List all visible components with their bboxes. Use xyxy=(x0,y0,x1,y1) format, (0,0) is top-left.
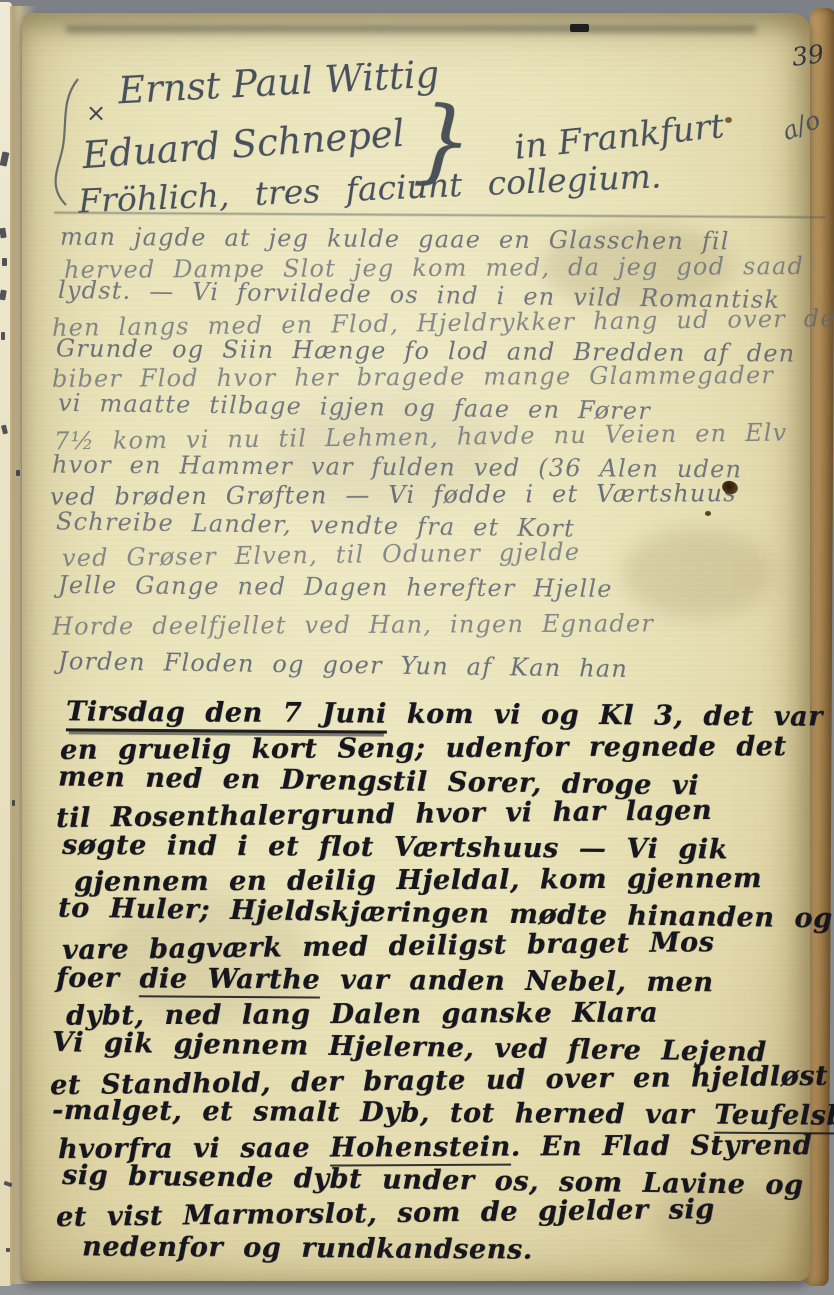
page-number: 39 xyxy=(790,39,825,72)
line-segment: til Rosenthalergrund hvor vi har lagen xyxy=(56,795,712,834)
underlined-phrase: Hohenstein xyxy=(330,1132,511,1167)
manuscript-line: 7½ kom vi nu til Lehmen, havde nu Veien … xyxy=(54,419,788,456)
manuscript-line: hvor en Hammer var fulden ved (36 Alen u… xyxy=(52,451,742,484)
top-edge-smudge xyxy=(66,26,756,36)
manuscript-line: to Huler; Hjeldskjæringen mødte hinanden… xyxy=(58,893,833,935)
stain xyxy=(622,528,772,618)
line-segment: nedenfor og rundkandsens. xyxy=(82,1231,533,1265)
margin-star-mark: × xyxy=(86,99,106,127)
manuscript-line: søgte ind i et flot Værtshuus — Vi gik xyxy=(62,830,728,866)
line-segment: foer xyxy=(56,963,140,995)
line-segment: kom vi og Kl 3, det var xyxy=(387,699,823,733)
manuscript-line: til Rosenthalergrund hvor vi har lagen xyxy=(56,795,712,834)
manuscript-line: et vist Marmorslot, som de gjelder sig xyxy=(56,1194,715,1233)
line-segment: vare bagværk med deiligst braget Mos xyxy=(62,927,715,966)
manuscript-line: Jorden Floden og goer Yun af Kan han xyxy=(58,647,628,683)
manuscript-line: Jelle Gange ned Dagen herefter Hjelle xyxy=(58,571,613,603)
margin-mark xyxy=(6,1248,10,1252)
manuscript-line: hvorfra vi saae Hohenstein. En Flad Styr… xyxy=(58,1130,812,1165)
line-segment: et vist Marmorslot, som de gjelder sig xyxy=(56,1194,715,1233)
manuscript-line: vare bagværk med deiligst braget Mos xyxy=(62,927,715,966)
manuscript-line: gjennem en deilig Hjeldal, kom gjennem xyxy=(74,863,762,898)
margin-mark xyxy=(1,332,5,340)
manuscript-line: dybt, ned lang Dalen ganske Klara xyxy=(66,997,658,1031)
manuscript-line: vi maatte tilbage igjen og faae en Fører xyxy=(58,389,651,425)
line-segment: -malget, et smalt Dyb, tot herned var xyxy=(52,1095,714,1131)
manuscript-line: -malget, et smalt Dyb, tot herned var Te… xyxy=(52,1095,834,1132)
manuscript-line: nedenfor og rundkandsens. xyxy=(82,1231,533,1265)
diary-page-scan: 39 × Ernst Paul Wittig Eduard Schnepel }… xyxy=(0,0,834,1295)
manuscript-line: Tirsdag den 7 Juni kom vi og Kl 3, det v… xyxy=(66,696,823,732)
underlined-phrase: die Warthe xyxy=(139,963,320,998)
ink-speck xyxy=(705,511,711,516)
margin-mark xyxy=(12,800,15,806)
header-name-1: Ernst Paul Wittig xyxy=(117,53,440,113)
manuscript-line: man jagde at jeg kulde gaae en Glasschen… xyxy=(60,223,730,256)
line-segment: to Huler; Hjeldskjæringen mødte hinanden… xyxy=(58,893,833,935)
manuscript-line: Horde deelfjellet ved Han, ingen Egnader xyxy=(52,609,654,640)
margin-mark xyxy=(16,470,20,476)
line-segment: en gruelig kort Seng; udenfor regnede de… xyxy=(60,731,787,766)
manuscript-line: en gruelig kort Seng; udenfor regnede de… xyxy=(60,731,787,766)
manuscript-line: biber Flod hvor her bragede mange Glamme… xyxy=(52,361,774,393)
line-segment: . En Flad Styrend xyxy=(511,1130,813,1163)
ink-notch xyxy=(570,24,589,32)
manuscript-page: 39 × Ernst Paul Wittig Eduard Schnepel }… xyxy=(22,13,810,1281)
manuscript-line: ved brøden Grøften — Vi fødde i et Værts… xyxy=(50,479,737,511)
margin-mark xyxy=(2,258,7,266)
manuscript-line: foer die Warthe var anden Nebel, men xyxy=(56,963,714,999)
manuscript-line: Schreibe Lander, vendte fra et Kort xyxy=(56,507,575,542)
manuscript-line: ved Grøser Elven, til Oduner gjelde xyxy=(62,538,581,572)
ink-speck xyxy=(725,117,732,123)
date-heading: Tirsdag den 7 Juni xyxy=(66,696,387,733)
line-segment: gjennem en deilig Hjeldal, kom gjennem xyxy=(74,863,762,898)
header-name-2: Eduard Schnepel xyxy=(81,112,406,177)
line-segment: søgte ind i et flot Værtshuus — Vi gik xyxy=(62,830,728,866)
line-segment: dybt, ned lang Dalen ganske Klara xyxy=(66,997,658,1031)
line-segment: var anden Nebel, men xyxy=(320,965,714,999)
